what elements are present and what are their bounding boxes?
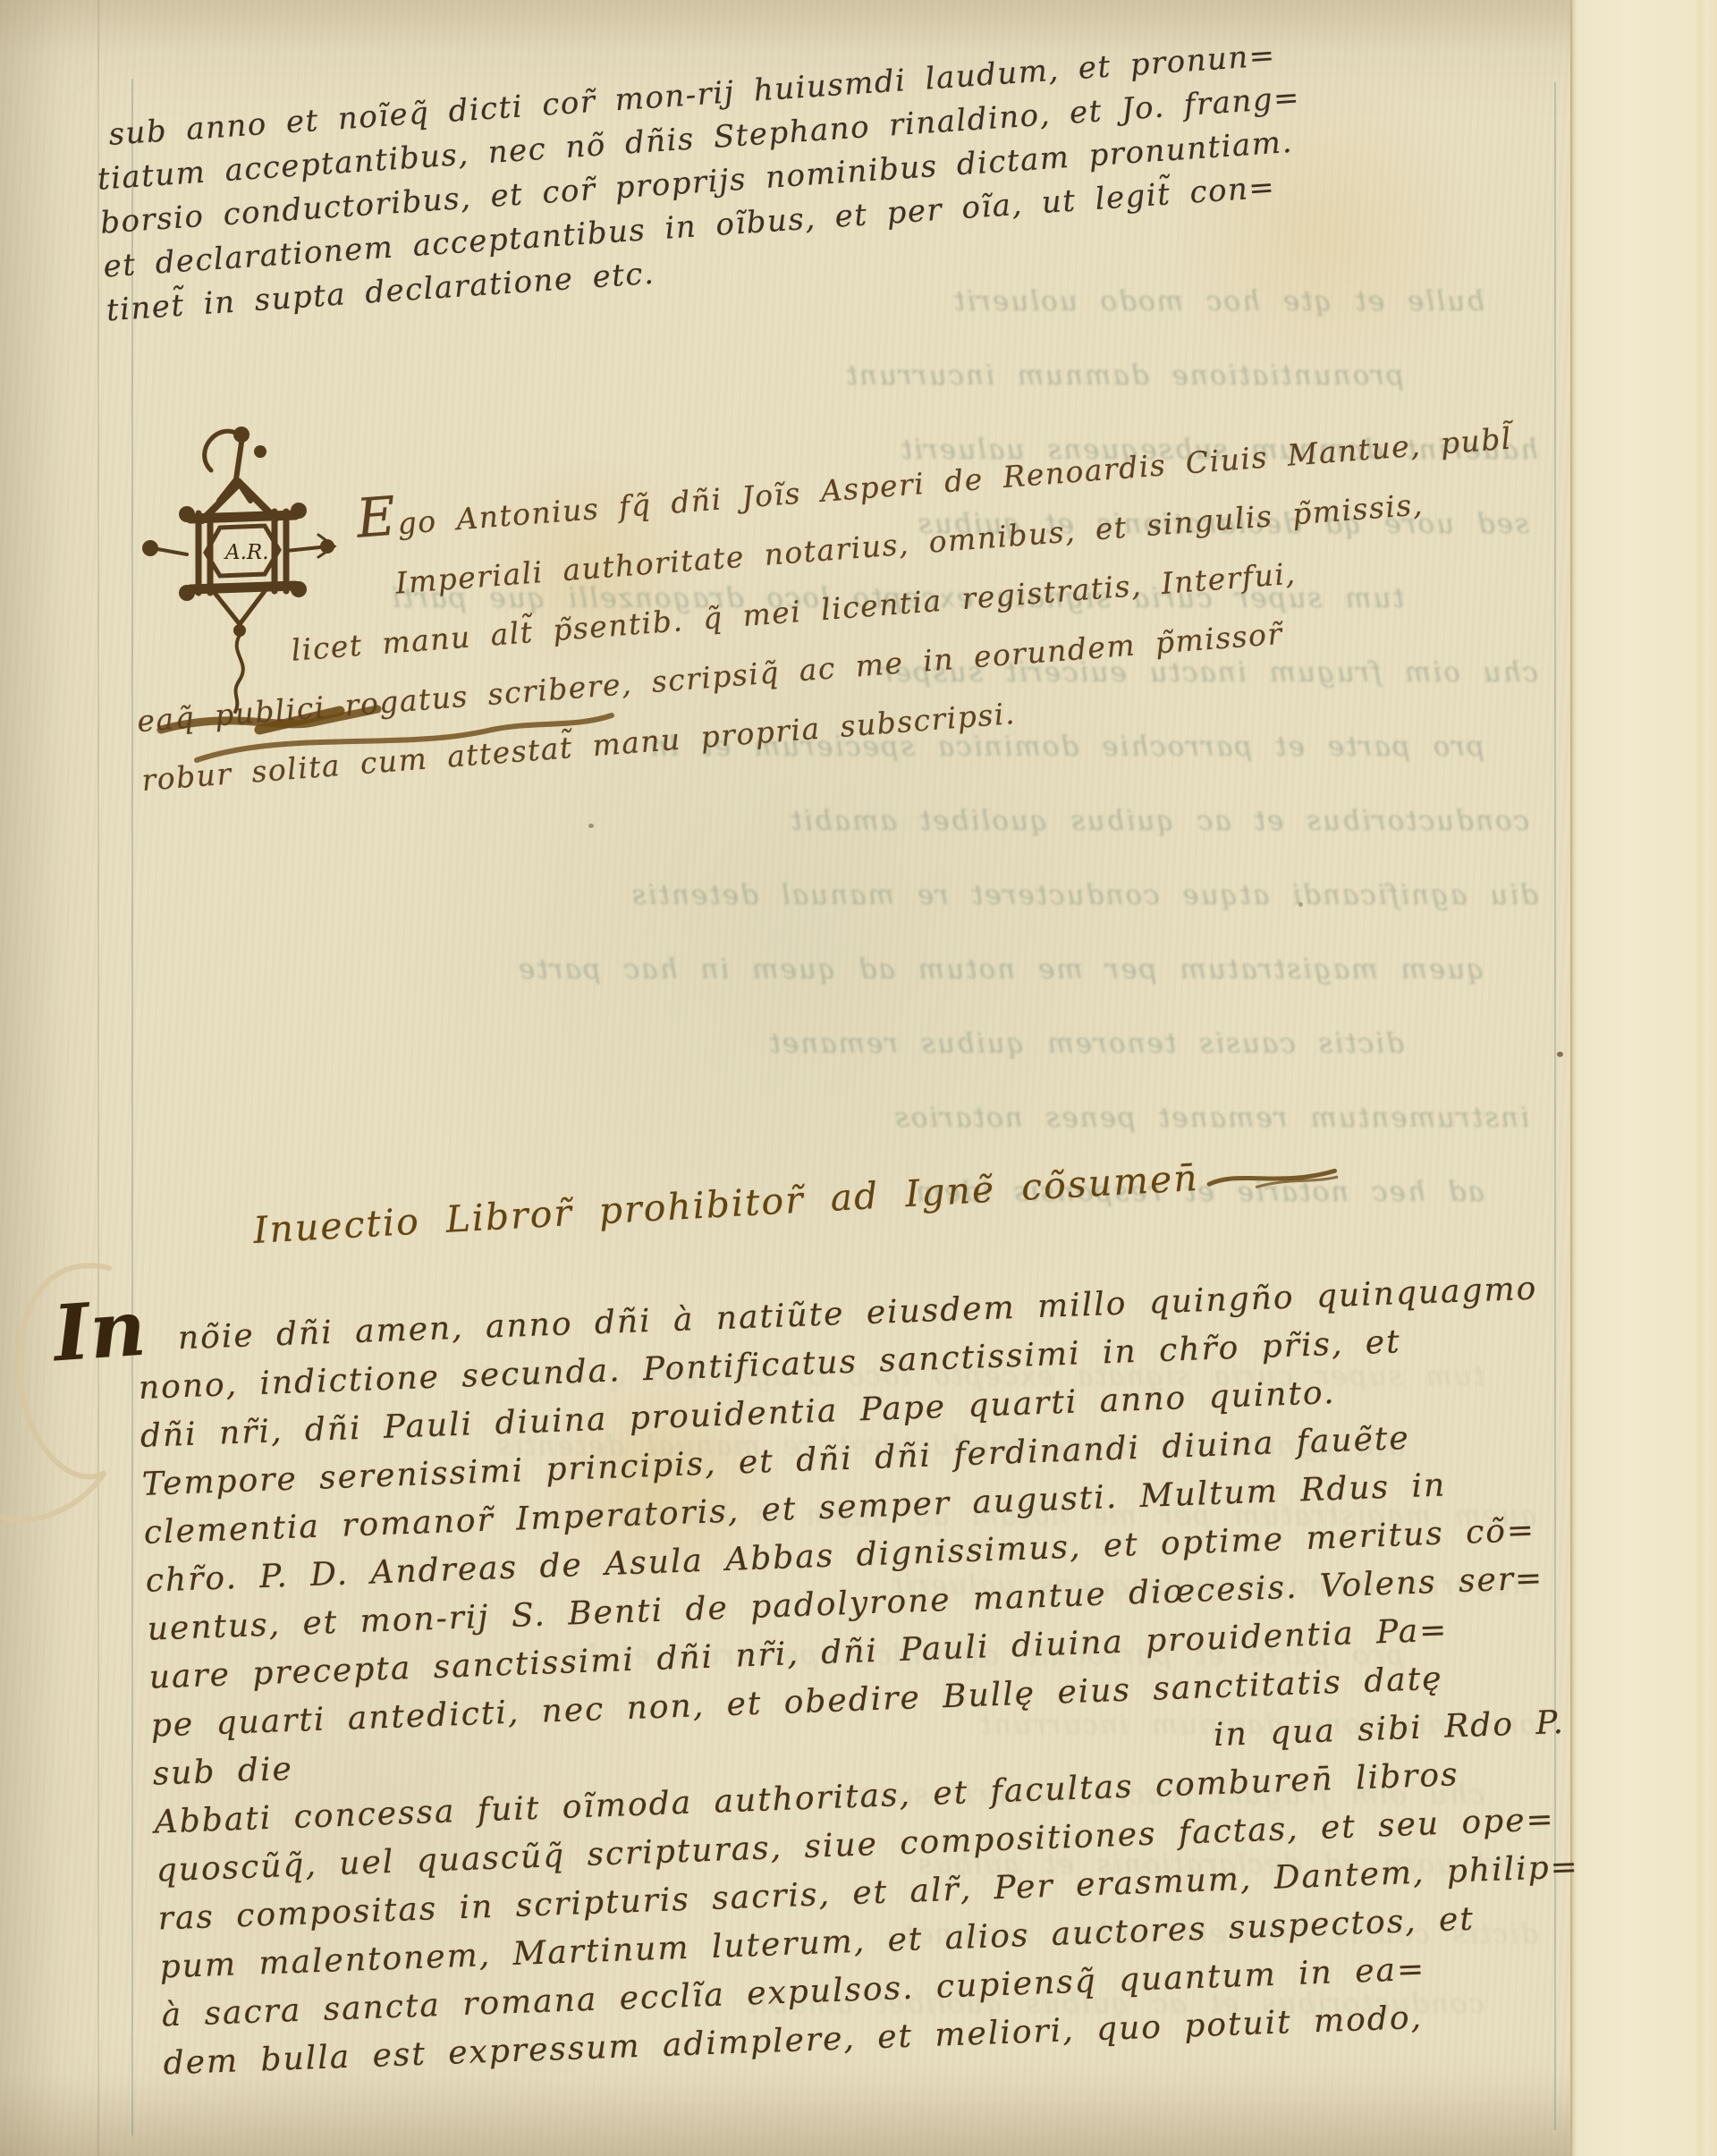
date-gap-left: sub die — [152, 1746, 294, 1799]
left-margin-rule — [131, 79, 133, 2135]
section-heading-text: Inuectio Libror̃ prohibitor̃ ad Ignẽ cõs… — [252, 1156, 1200, 1252]
bleedthrough-line: diu agnificandi atque conducteret re man… — [143, 858, 1538, 933]
heading-flourish — [1204, 1157, 1340, 1196]
bleedthrough-line: instrumentum remanet penes notarios — [143, 1081, 1538, 1155]
ink-speck — [588, 824, 594, 828]
ink-speck — [1298, 902, 1303, 907]
section-heading: Inuectio Libror̃ prohibitor̃ ad Ignẽ cõs… — [252, 1148, 1340, 1252]
main-text-block: nõie dñi amen, anno dñi à natiũte eiusde… — [136, 1264, 1582, 2089]
drop-cap-initial: In — [51, 1283, 149, 1380]
top-text-block: sub anno et noĩeq̃ dicti cor̃ mon-rij hu… — [93, 14, 1571, 333]
manuscript-page: bulle et qte hoc modo uoluerit pronuntia… — [0, 0, 1717, 2156]
bleedthrough-line: dictis causis tenorem quibus remanet — [143, 1007, 1538, 1081]
facing-page-edge — [1570, 0, 1717, 2156]
bleedthrough-line: pronuntiatione damnum incurrunt — [143, 339, 1538, 413]
ink-speck — [1557, 1052, 1563, 1057]
fold-line — [97, 0, 99, 2156]
bleedthrough-line: quem magistratum per me notum ad quem in… — [143, 933, 1538, 1007]
